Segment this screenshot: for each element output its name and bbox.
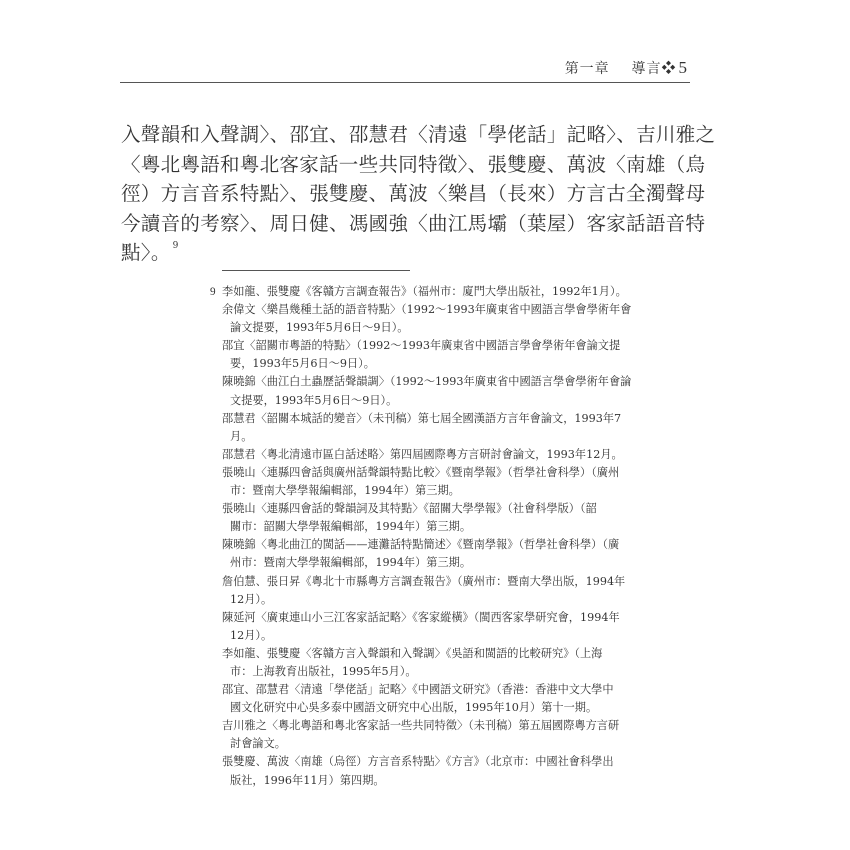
- footnote-block: 9 李如龍、張雙慶《客贛方言調查報告》（福州市：廈門大學出版社，1992年1月）…: [222, 283, 682, 790]
- footnote-number: 9: [210, 283, 216, 301]
- body-paragraph: 入聲韻和入聲調〉、邵宜、邵慧君〈清遠「學佬話」記略〉、吉川雅之 〈粵北粵語和粵北…: [121, 120, 691, 268]
- footnote-entry-line: 市：暨南大學學報編輯部，1994年）第三期。: [222, 482, 682, 500]
- footnote-entry: 陳曉錦〈粵北曲江的閩話——連灘話特點簡述〉《暨南學報》（哲學社會科學）（廣州市：…: [222, 536, 682, 572]
- ornament-icon: ❖: [662, 61, 677, 77]
- footnote-entry-line: 邵慧君〈粵北清遠市區白話述略〉第四屆國際粵方言研討會論文，1993年12月。: [222, 446, 682, 464]
- footnote-entry: 陳延河〈廣東連山小三江客家話記略〉《客家縱橫》（閩西客家學研究會，1994年12…: [222, 609, 682, 645]
- footnote-entry-line: 陳曉錦〈曲江白土蟲歷話聲韻調〉（1992～1993年廣東省中國語言學會學術年會論: [222, 373, 682, 391]
- footnote-entry-line: 邵宜、邵慧君〈清遠「學佬話」記略〉《中國語文研究》（香港：香港中文大學中: [222, 681, 682, 699]
- footnote-entry-line: 張曉山〈連縣四會話的聲韻詞及其特點〉《韶關大學學報》（社會科學版）（韶: [222, 500, 682, 518]
- footnote-entry: 邵慧君〈粵北清遠市區白話述略〉第四屆國際粵方言研討會論文，1993年12月。: [222, 446, 682, 464]
- footnote-entry-line: 國文化研究中心吳多泰中國語文研究中心出版，1995年10月）第十一期。: [222, 699, 682, 717]
- footnote-divider: [222, 270, 410, 271]
- footnote-entry-line: 要，1993年5月6日～9日）。: [222, 355, 682, 373]
- header-text: 第一章 導言❖5: [565, 58, 688, 78]
- footnote-entry-line: 版社，1996年11月）第四期。: [222, 772, 682, 790]
- footnote-entry: 詹伯慧、張日昇《粵北十市縣粵方言調查報告》（廣州市：暨南大學出版，1994年12…: [222, 573, 682, 609]
- footnote-entry-line: 文提要，1993年5月6日～9日）。: [222, 392, 682, 410]
- body-line: 入聲韻和入聲調〉、邵宜、邵慧君〈清遠「學佬話」記略〉、吉川雅之: [121, 120, 691, 150]
- page-number: 5: [679, 58, 689, 77]
- footnote-entry: 余偉文〈樂昌幾種土話的語音特點〉（1992～1993年廣東省中國語言學會學術年會…: [222, 301, 682, 337]
- footnote-entry: 張曉山〈連縣四會話與廣州話聲韻特點比較〉《暨南學報》（哲學社會科學）（廣州市：暨…: [222, 464, 682, 500]
- footnote-entry-line: 12月）。: [222, 627, 682, 645]
- footnote-entry-line: 李如龍、張雙慶《客贛方言調查報告》（福州市：廈門大學出版社，1992年1月）。: [222, 283, 682, 301]
- footnote-entry-line: 詹伯慧、張日昇《粵北十市縣粵方言調查報告》（廣州市：暨南大學出版，1994年: [222, 573, 682, 591]
- footnote-entry: 邵宜、邵慧君〈清遠「學佬話」記略〉《中國語文研究》（香港：香港中文大學中國文化研…: [222, 681, 682, 717]
- chapter-title: 導言: [632, 61, 662, 77]
- footnote-entry-line: 邵宜〈韶關市粵語的特點〉（1992～1993年廣東省中國語言學會學術年會論文提: [222, 337, 682, 355]
- footnote-entry-line: 關市：韶關大學學報編輯部，1994年）第三期。: [222, 518, 682, 536]
- footnote-entry-line: 陳曉錦〈粵北曲江的閩話——連灘話特點簡述〉《暨南學報》（哲學社會科學）（廣: [222, 536, 682, 554]
- body-line: 〈粵北粵語和粵北客家話一些共同特徵〉、張雙慶、萬波〈南雄（烏: [121, 150, 691, 180]
- footnote-entry-line: 張雙慶、萬波〈南雄（烏徑）方言音系特點〉《方言》（北京市：中國社會科學出: [222, 753, 682, 771]
- body-line: 徑）方言音系特點〉、張雙慶、萬波〈樂昌（長來）方言古全濁聲母: [121, 179, 691, 209]
- footnote-entry: 李如龍、張雙慶〈客贛方言入聲韻和入聲調〉《吳語和閩語的比較研究》（上海市：上海教…: [222, 645, 682, 681]
- footnote-entry-line: 月。: [222, 428, 682, 446]
- footnote-entry: 吉川雅之〈粵北粵語和粵北客家話一些共同特徵〉（未刊稿）第五屆國際粵方言研討會論文…: [222, 717, 682, 753]
- footnote-entry: 陳曉錦〈曲江白土蟲歷話聲韻調〉（1992～1993年廣東省中國語言學會學術年會論…: [222, 373, 682, 409]
- footnote-entry-line: 論文提要，1993年5月6日～9日）。: [222, 319, 682, 337]
- footnote-entry-line: 吉川雅之〈粵北粵語和粵北客家話一些共同特徵〉（未刊稿）第五屆國際粵方言研: [222, 717, 682, 735]
- footnote-entry: 張曉山〈連縣四會話的聲韻詞及其特點〉《韶關大學學報》（社會科學版）（韶關市：韶關…: [222, 500, 682, 536]
- running-header: 第一章 導言❖5: [120, 52, 690, 83]
- footnote-entry-line: 邵慧君〈韶關本城話的變音〉（未刊稿）第七屆全國漢語方言年會論文，1993年7: [222, 410, 682, 428]
- footnote-entry: 張雙慶、萬波〈南雄（烏徑）方言音系特點〉《方言》（北京市：中國社會科學出版社，1…: [222, 753, 682, 789]
- footnote-entry-line: 李如龍、張雙慶〈客贛方言入聲韻和入聲調〉《吳語和閩語的比較研究》（上海: [222, 645, 682, 663]
- footnote-entry-line: 余偉文〈樂昌幾種土話的語音特點〉（1992～1993年廣東省中國語言學會學術年會: [222, 301, 682, 319]
- chapter-label: 第一章: [565, 61, 610, 77]
- body-line: 點〉。9: [121, 238, 691, 268]
- body-line: 今讀音的考察〉、周日健、馮國強〈曲江馬壩（葉屋）客家話語音特: [121, 209, 691, 239]
- footnote-entry-line: 陳延河〈廣東連山小三江客家話記略〉《客家縱橫》（閩西客家學研究會，1994年: [222, 609, 682, 627]
- footnote-entries: 李如龍、張雙慶《客贛方言調查報告》（福州市：廈門大學出版社，1992年1月）。余…: [222, 283, 682, 790]
- footnote-entry-line: 州市：暨南大學學報編輯部，1994年）第三期。: [222, 554, 682, 572]
- footnote-entry-line: 市：上海教育出版社，1995年5月）。: [222, 663, 682, 681]
- footnote-entry-line: 討會論文。: [222, 735, 682, 753]
- footnote-entry-line: 12月）。: [222, 591, 682, 609]
- footnote-entry-line: 張曉山〈連縣四會話與廣州話聲韻特點比較〉《暨南學報》（哲學社會科學）（廣州: [222, 464, 682, 482]
- footnote-entry: 邵慧君〈韶關本城話的變音〉（未刊稿）第七屆全國漢語方言年會論文，1993年7月。: [222, 410, 682, 446]
- footnote-reference[interactable]: 9: [173, 241, 179, 251]
- footnote-entry: 李如龍、張雙慶《客贛方言調查報告》（福州市：廈門大學出版社，1992年1月）。: [222, 283, 682, 301]
- body-line-text: 點〉。: [121, 241, 171, 264]
- footnote-entry: 邵宜〈韶關市粵語的特點〉（1992～1993年廣東省中國語言學會學術年會論文提要…: [222, 337, 682, 373]
